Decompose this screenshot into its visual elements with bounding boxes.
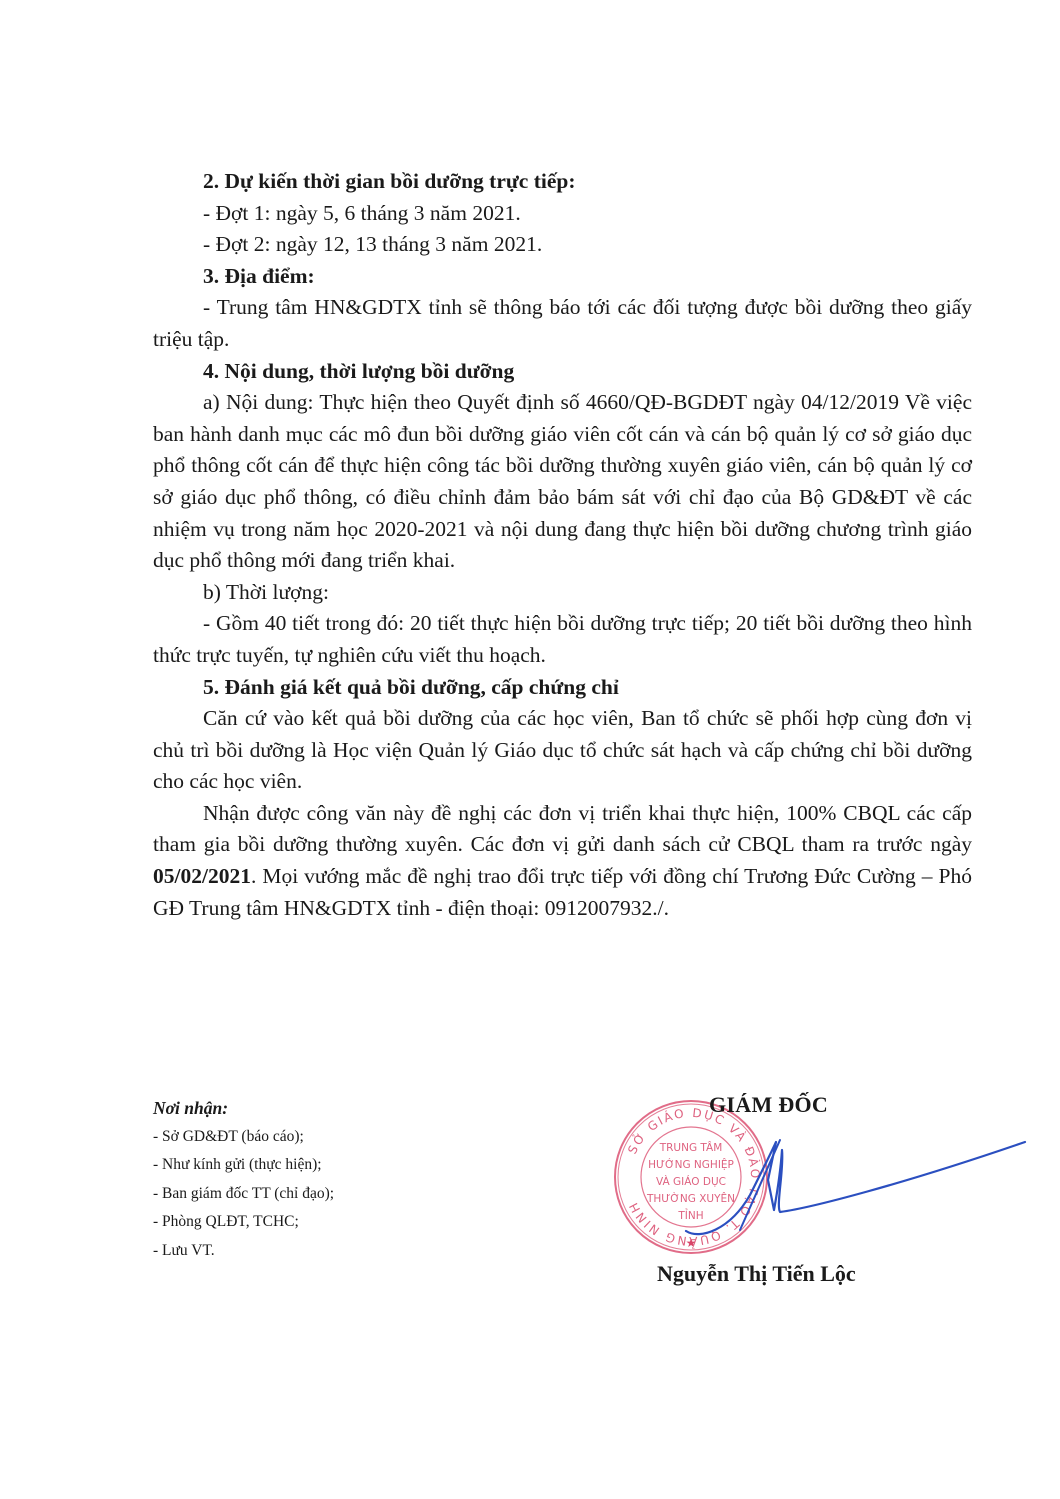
closing-paragraph: Nhận được công văn này đề nghị các đơn v… — [153, 798, 972, 924]
duration-label: b) Thời lượng: — [153, 577, 972, 609]
stamp-line: TỈNH — [677, 1208, 703, 1222]
schedule-item-2: - Đợt 2: ngày 12, 13 tháng 3 năm 2021. — [153, 229, 972, 261]
closing-text-part1: Nhận được công văn này đề nghị các đơn v… — [153, 801, 972, 857]
stamp-line: TRUNG TÂM — [659, 1141, 723, 1154]
content-paragraph: a) Nội dung: Thực hiện theo Quyết định s… — [153, 387, 972, 577]
schedule-item-1: - Đợt 1: ngày 5, 6 tháng 3 năm 2021. — [153, 198, 972, 230]
section-heading-3: 3. Địa điểm: — [153, 261, 972, 293]
document-body: 2. Dự kiến thời gian bồi dưỡng trực tiếp… — [153, 166, 972, 924]
evaluation-paragraph: Căn cứ vào kết quả bồi dưỡng của các học… — [153, 703, 972, 798]
recipients-block: Nơi nhận: - Sở GD&ĐT (báo cáo); - Như kí… — [153, 1094, 334, 1265]
official-stamp-icon: SỞ GIÁO DỤC VÀ ĐÀO TẠO T. QUẢNG NINH TRU… — [613, 1099, 769, 1255]
signature-block: SỞ GIÁO DỤC VÀ ĐÀO TẠO T. QUẢNG NINH TRU… — [600, 1080, 1020, 1300]
closing-text-part2: . Mọi vướng mắc đề nghị trao đổi trực ti… — [153, 864, 972, 920]
signer-name: Nguyễn Thị Tiến Lộc — [657, 1261, 856, 1287]
location-text: - Trung tâm HN&GDTX tỉnh sẽ thông báo tớ… — [153, 292, 972, 355]
section-heading-5: 5. Đánh giá kết quả bồi dưỡng, cấp chứng… — [153, 672, 972, 704]
recipients-title: Nơi nhận: — [153, 1094, 334, 1123]
deadline-date: 05/02/2021 — [153, 864, 251, 888]
document-page: 2. Dự kiến thời gian bồi dưỡng trực tiếp… — [0, 0, 1060, 1499]
stamp-line: THƯỜNG XUYÊN — [646, 1192, 735, 1205]
recipient-item: - Ban giám đốc TT (chỉ đạo); — [153, 1180, 334, 1209]
recipient-item: - Lưu VT. — [153, 1237, 334, 1266]
star-icon: ★ — [686, 1236, 697, 1250]
stamp-line: HƯỚNG NGHIỆP — [648, 1158, 734, 1171]
stamp-line: VÀ GIÁO DỤC — [656, 1175, 726, 1188]
recipient-item: - Phòng QLĐT, TCHC; — [153, 1208, 334, 1237]
recipient-item: - Như kính gửi (thực hiện); — [153, 1151, 334, 1180]
recipient-item: - Sở GD&ĐT (báo cáo); — [153, 1123, 334, 1152]
section-heading-4: 4. Nội dung, thời lượng bồi dưỡng — [153, 356, 972, 388]
duration-text: - Gồm 40 tiết trong đó: 20 tiết thực hiệ… — [153, 608, 972, 671]
section-heading-2: 2. Dự kiến thời gian bồi dưỡng trực tiếp… — [153, 166, 972, 198]
signer-role: GIÁM ĐỐC — [709, 1092, 828, 1118]
